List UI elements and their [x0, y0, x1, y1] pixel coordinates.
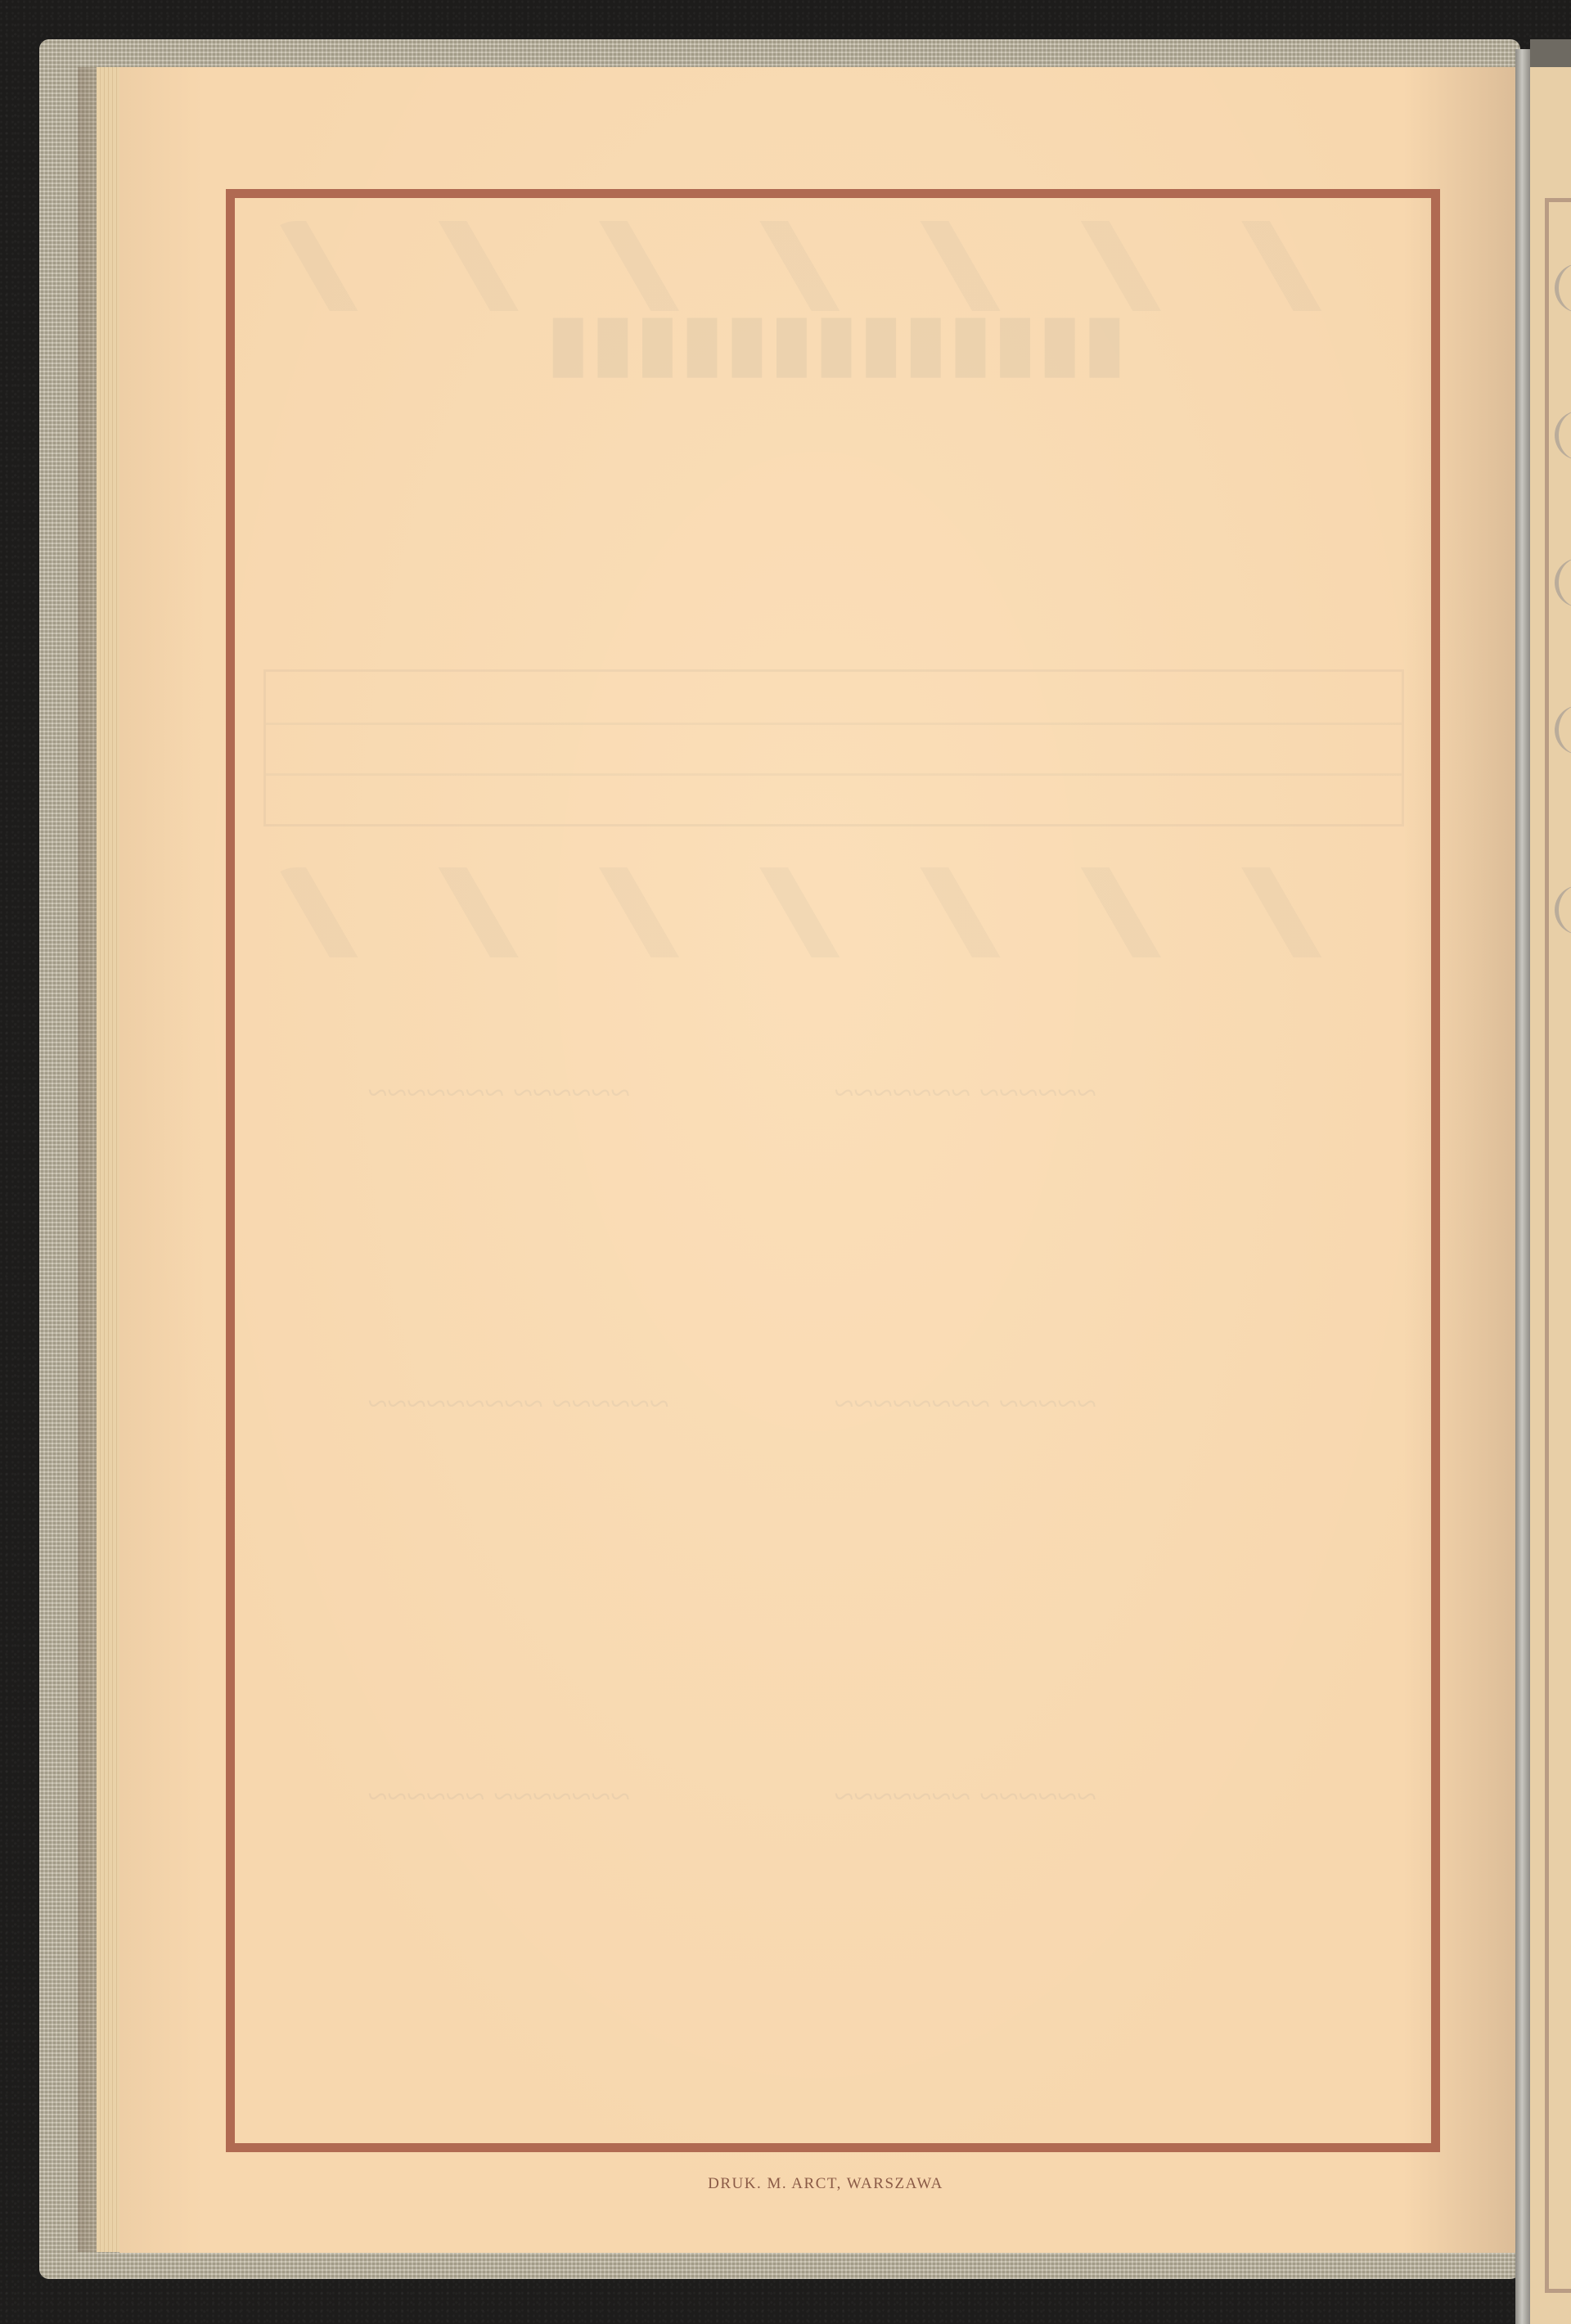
book-gutter: [1515, 49, 1530, 2324]
printer-imprint: DRUK. M. ARCT, WARSZAWA: [0, 2175, 1571, 2193]
binding-corner: [1530, 39, 1571, 67]
facing-page-edge: [1530, 67, 1571, 2324]
facing-page-frame: [1545, 198, 1571, 2293]
page-border-frame: [226, 189, 1440, 2152]
